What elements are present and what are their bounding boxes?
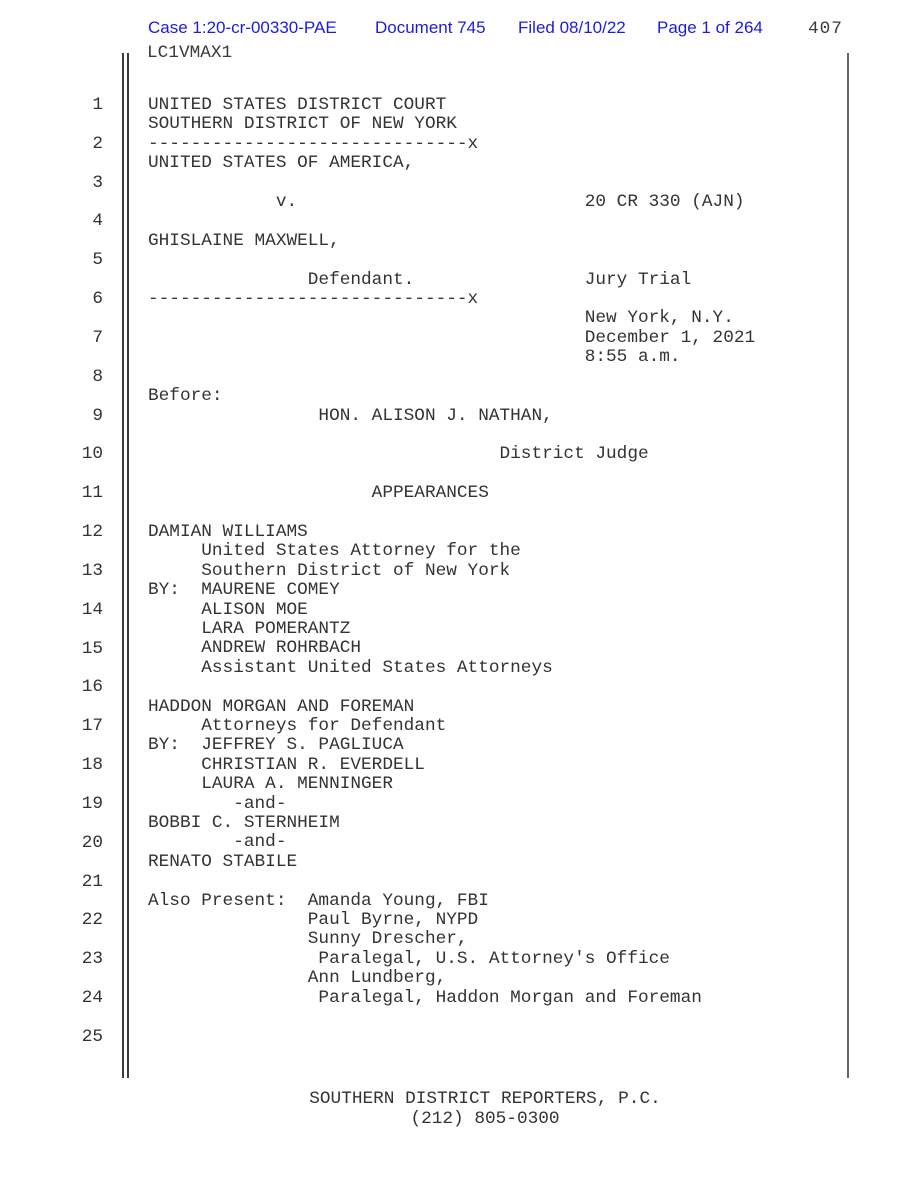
transcript-row: Assistant United States Attorneys [148,659,755,678]
transcript-row: RENATO STABILE [148,853,755,872]
line-number: 17 [58,717,103,756]
stamp-document-number: Document 745 [375,18,486,38]
transcript-row: DAMIAN WILLIAMS [148,523,755,542]
transcript-row [148,678,755,697]
line-number: 14 [58,601,103,640]
transcript-row: Sunny Drescher, [148,930,755,949]
footer-reporter-name: SOUTHERN DISTRICT REPORTERS, P.C. [122,1089,848,1109]
transcript-page: Case 1:20-cr-00330-PAE Document 745 File… [0,0,918,1188]
line-number: 5 [58,251,103,290]
transcript-row: United States Attorney for the [148,542,755,561]
transcript-row: BY: MAURENE COMEY [148,581,755,600]
line-number: 7 [58,329,103,368]
footer: SOUTHERN DISTRICT REPORTERS, P.C. (212) … [122,1089,848,1129]
transcript-row: December 1, 2021 [148,329,755,348]
line-number: 19 [58,795,103,834]
transcript-row [148,212,755,231]
line-number: 20 [58,834,103,873]
transcript-row: ------------------------------x [148,290,755,309]
transcript-row [148,1028,755,1047]
transcript-row [148,504,755,523]
transcript-row: Defendant. Jury Trial [148,271,755,290]
transcript-row: LARA POMERANTZ [148,620,755,639]
stamp-page-count: Page 1 of 264 [657,18,763,38]
transcript-row: CHRISTIAN R. EVERDELL [148,756,755,775]
footer-phone-number: (212) 805-0300 [122,1109,848,1129]
transcript-row: BOBBI C. STERNHEIM [148,814,755,833]
line-number: 1 [58,96,103,135]
transcript-row: HON. ALISON J. NATHAN, [148,407,755,426]
transcript-row: BY: JEFFREY S. PAGLIUCA [148,736,755,755]
line-number: 10 [58,445,103,484]
left-double-rule-outer [122,53,124,1078]
transcript-row: Paralegal, Haddon Morgan and Foreman [148,989,755,1008]
line-number-column: 1234567891011121314151617181920212223242… [58,96,103,1067]
transcript-row [148,872,755,891]
transcript-row [148,426,755,445]
transcript-row [148,251,755,270]
line-number: 9 [58,407,103,446]
line-number: 15 [58,640,103,679]
transcript-row: District Judge [148,445,755,464]
transcript-row [148,174,755,193]
transcript-row: -and- [148,833,755,852]
line-number: 23 [58,950,103,989]
line-number: 21 [58,873,103,912]
line-number: 4 [58,212,103,251]
transcript-marker: LC1VMAX1 [147,43,232,63]
line-number: 3 [58,174,103,213]
line-number: 12 [58,523,103,562]
transcript-row: Southern District of New York [148,562,755,581]
transcript-row: v. 20 CR 330 (AJN) [148,193,755,212]
line-number: 16 [58,678,103,717]
transcript-row: HADDON MORGAN AND FOREMAN [148,698,755,717]
line-number: 25 [58,1028,103,1067]
transcript-row: Paralegal, U.S. Attorney's Office [148,950,755,969]
line-number: 11 [58,484,103,523]
transcript-row: -and- [148,795,755,814]
line-number: 2 [58,135,103,174]
stamp-case-number: Case 1:20-cr-00330-PAE [148,18,337,38]
transcript-row: Before: [148,387,755,406]
transcript-body: UNITED STATES DISTRICT COURTSOUTHERN DIS… [148,96,755,1047]
stamp-filed-date: Filed 08/10/22 [518,18,626,38]
transcript-row: Also Present: Amanda Young, FBI [148,892,755,911]
line-number: 8 [58,368,103,407]
transcript-row: UNITED STATES OF AMERICA, [148,154,755,173]
transcript-row: APPEARANCES [148,484,755,503]
left-double-rule-inner [127,53,129,1078]
transcript-row: ALISON MOE [148,601,755,620]
transcript-row [148,1008,755,1027]
line-number: 22 [58,911,103,950]
transcript-row: ------------------------------x [148,135,755,154]
transcript-row: Attorneys for Defendant [148,717,755,736]
transcript-row: 8:55 a.m. [148,348,755,367]
transcript-row: New York, N.Y. [148,309,755,328]
transcript-row: Paul Byrne, NYPD [148,911,755,930]
transcript-row: GHISLAINE MAXWELL, [148,232,755,251]
transcript-row: ANDREW ROHRBACH [148,639,755,658]
transcript-row: Ann Lundberg, [148,969,755,988]
transcript-row: LAURA A. MENNINGER [148,775,755,794]
transcript-row: SOUTHERN DISTRICT OF NEW YORK [148,115,755,134]
transcript-row: UNITED STATES DISTRICT COURT [148,96,755,115]
transcript-row [148,465,755,484]
line-number: 18 [58,756,103,795]
folio-page-number: 407 [808,19,843,39]
line-number: 24 [58,989,103,1028]
right-rule [847,53,849,1078]
line-number: 6 [58,290,103,329]
line-number: 13 [58,562,103,601]
transcript-row [148,368,755,387]
